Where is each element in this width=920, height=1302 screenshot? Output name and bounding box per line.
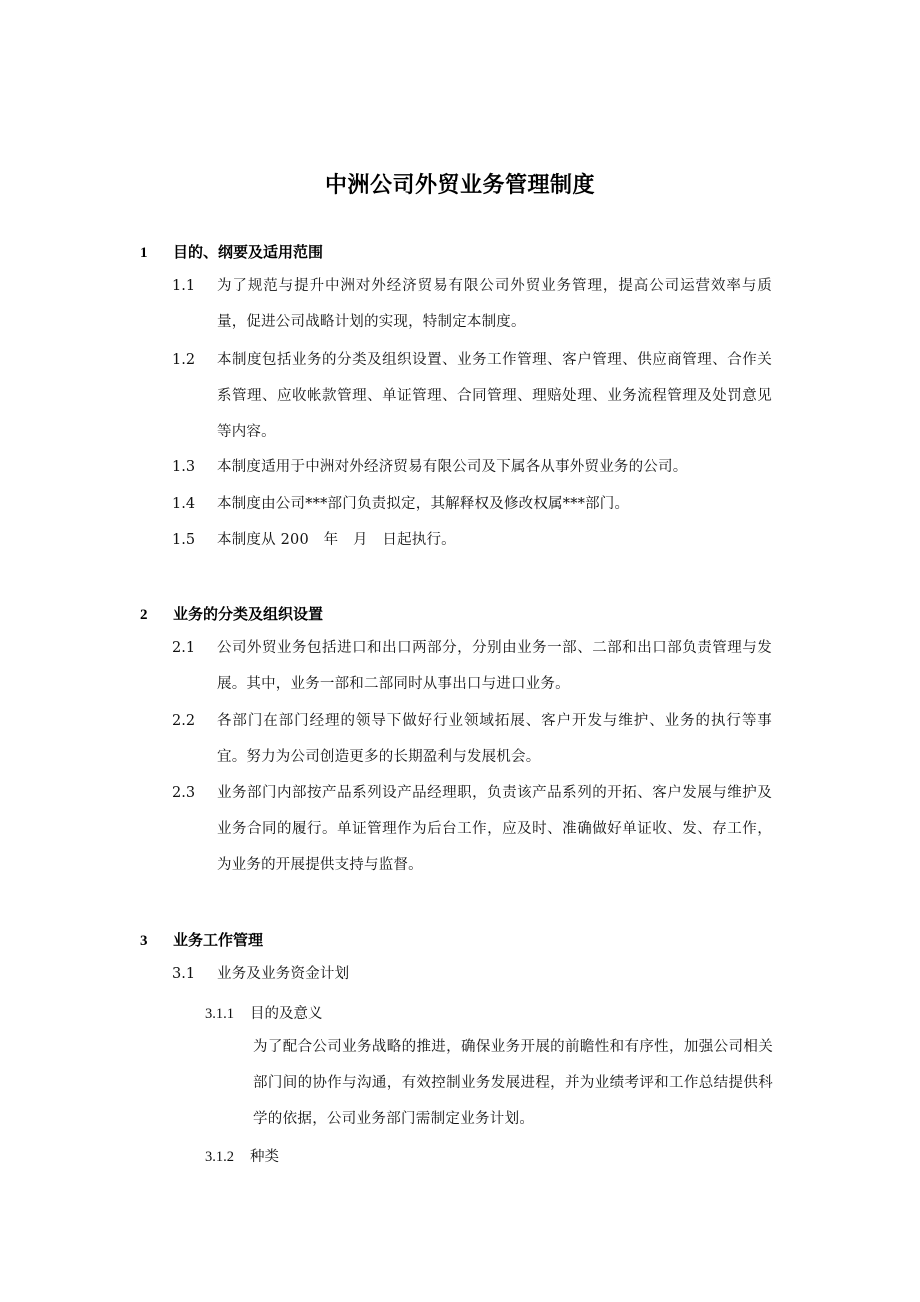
clause-text: 业务部门内部按产品系列设产品经理职，负责该产品系列的开拓、客户发展与维护及业务合… — [217, 775, 772, 883]
section-title: 目的、纲要及适用范围 — [173, 243, 323, 261]
subclause-heading: 种类 — [250, 1149, 279, 1165]
section-number: 3 — [140, 933, 173, 950]
clause-2-3: 2.3 业务部门内部按产品系列设产品经理职，负责该产品系列的开拓、客户发展与维护… — [172, 775, 772, 883]
clause-text: 本制度适用于中洲对外经济贸易有限公司及下属各从事外贸业务的公司。 — [217, 449, 772, 485]
subclause-number: 3.1.2 — [205, 1149, 250, 1166]
subclause-3-1-2: 3.1.2种类 — [205, 1145, 279, 1166]
section-number: 2 — [140, 607, 173, 624]
subclause-3-1-1: 3.1.1目的及意义 — [205, 1002, 323, 1023]
section-number: 1 — [140, 245, 173, 262]
clause-text: 公司外贸业务包括进口和出口两部分，分别由业务一部、二部和出口部负责管理与发展。其… — [217, 630, 772, 702]
clause-text: 业务及业务资金计划 — [217, 956, 772, 992]
clause-text: 为了规范与提升中洲对外经济贸易有限公司外贸业务管理，提高公司运营效率与质量，促进… — [217, 268, 772, 340]
clause-1-1: 1.1 为了规范与提升中洲对外经济贸易有限公司外贸业务管理，提高公司运营效率与质… — [172, 268, 772, 340]
section-title: 业务工作管理 — [173, 931, 263, 949]
clause-2-2: 2.2 各部门在部门经理的领导下做好行业领域拓展、客户开发与维护、业务的执行等事… — [172, 703, 772, 775]
clause-number: 2.3 — [172, 775, 195, 811]
section-heading-3: 3业务工作管理 — [140, 929, 263, 950]
clause-text: 各部门在部门经理的领导下做好行业领域拓展、客户开发与维护、业务的执行等事宜。努力… — [217, 703, 772, 775]
clause-1-2: 1.2 本制度包括业务的分类及组织设置、业务工作管理、客户管理、供应商管理、合作… — [172, 342, 772, 450]
subclause-heading: 目的及意义 — [250, 1006, 323, 1022]
section-heading-2: 2业务的分类及组织设置 — [140, 603, 323, 624]
clause-number: 2.2 — [172, 703, 195, 739]
document-title: 中洲公司外贸业务管理制度 — [0, 168, 920, 199]
clause-text: 本制度由公司***部门负责拟定，其解释权及修改权属***部门。 — [217, 486, 772, 522]
clause-1-4: 1.4 本制度由公司***部门负责拟定，其解释权及修改权属***部门。 — [172, 486, 772, 522]
clause-number: 2.1 — [172, 630, 195, 666]
section-heading-1: 1目的、纲要及适用范围 — [140, 241, 323, 262]
clause-number: 1.2 — [172, 342, 195, 378]
clause-1-3: 1.3 本制度适用于中洲对外经济贸易有限公司及下属各从事外贸业务的公司。 — [172, 449, 772, 485]
clause-number: 1.3 — [172, 449, 195, 485]
clause-number: 1.5 — [172, 522, 195, 558]
subclause-number: 3.1.1 — [205, 1006, 250, 1023]
clause-2-1: 2.1 公司外贸业务包括进口和出口两部分，分别由业务一部、二部和出口部负责管理与… — [172, 630, 772, 702]
subclause-3-1-1-body: 为了配合公司业务战略的推进，确保业务开展的前瞻性和有序性，加强公司相关部门间的协… — [253, 1029, 773, 1137]
clause-number: 1.1 — [172, 268, 195, 304]
clause-3-1: 3.1 业务及业务资金计划 — [172, 956, 772, 992]
clause-text: 本制度包括业务的分类及组织设置、业务工作管理、客户管理、供应商管理、合作关系管理… — [217, 342, 772, 450]
clause-text: 本制度从 200 年 月 日起执行。 — [217, 522, 772, 558]
section-title: 业务的分类及组织设置 — [173, 605, 323, 623]
clause-1-5: 1.5 本制度从 200 年 月 日起执行。 — [172, 522, 772, 558]
clause-number: 1.4 — [172, 486, 195, 522]
clause-number: 3.1 — [172, 956, 195, 992]
